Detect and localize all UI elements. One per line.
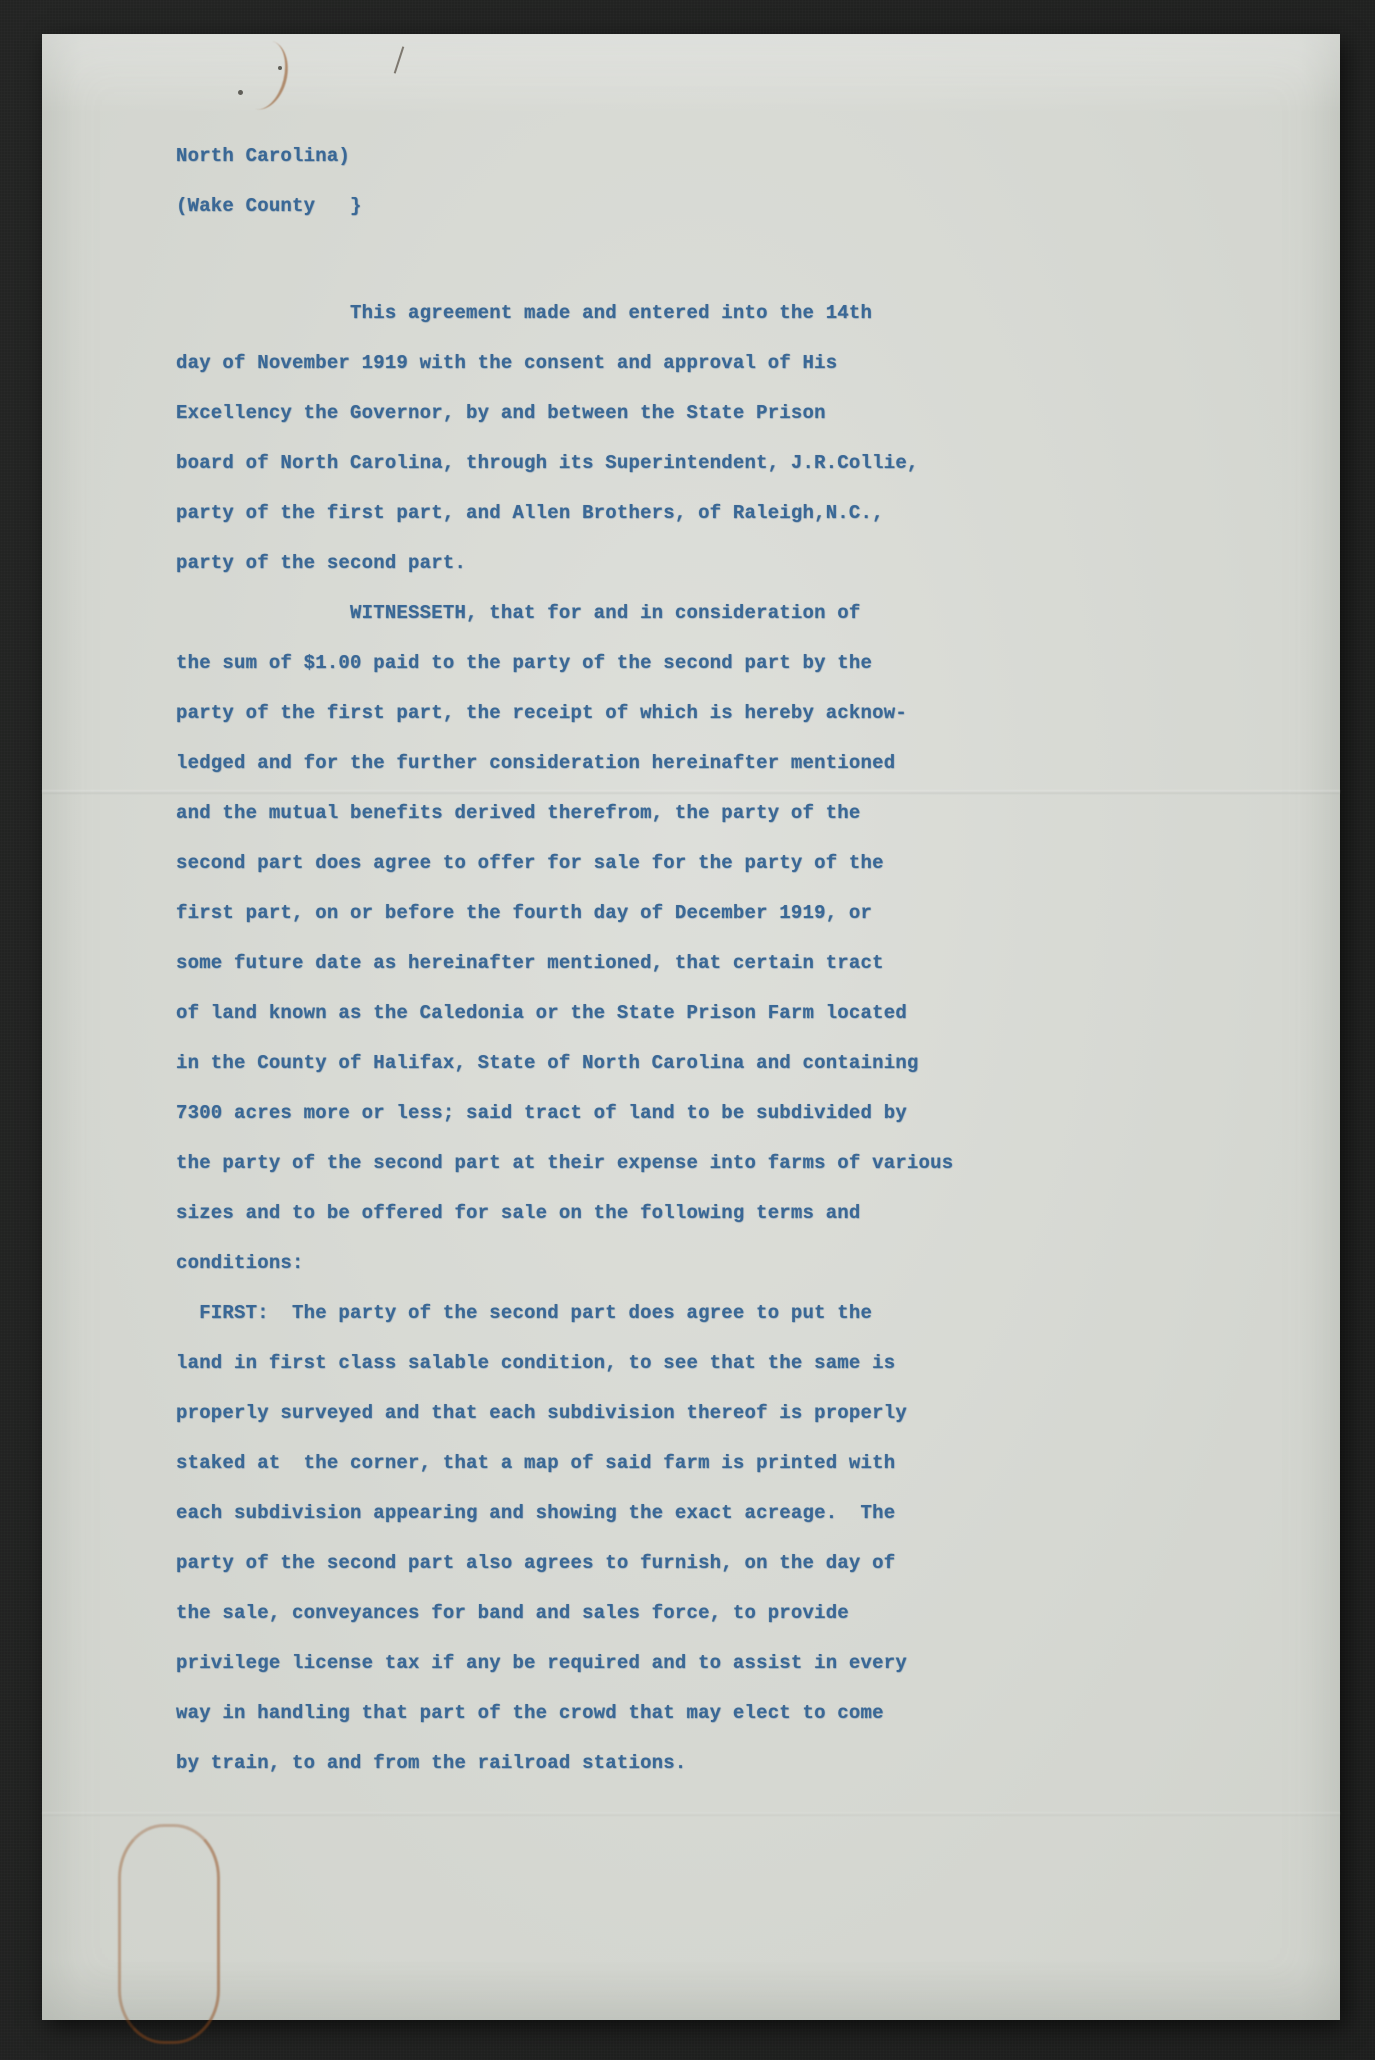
paperclip-rust-stain: [118, 1824, 220, 2044]
fold-crease: [42, 1812, 1340, 1816]
typed-line: sizes and to be offered for sale on the …: [176, 1188, 953, 1238]
typed-line: properly surveyed and that each subdivis…: [176, 1388, 953, 1438]
stray-pen-mark: [394, 46, 405, 73]
ink-speck: [238, 90, 243, 95]
typed-line: Excellency the Governor, by and between …: [176, 388, 953, 438]
typed-line: conditions:: [176, 1238, 953, 1288]
typed-line: ledged and for the further consideration…: [176, 738, 953, 788]
typed-line-state: North Carolina): [176, 131, 362, 181]
typed-line: of land known as the Caledonia or the St…: [176, 988, 953, 1038]
typed-line: party of the first part, and Allen Broth…: [176, 488, 953, 538]
typed-line: 7300 acres more or less; said tract of l…: [176, 1088, 953, 1138]
typed-line: privilege license tax if any be required…: [176, 1638, 953, 1688]
typed-line: FIRST: The party of the second part does…: [176, 1288, 953, 1338]
typed-line: party of the second part.: [176, 538, 953, 588]
typed-line-county: (Wake County }: [176, 181, 362, 231]
typed-line: party of the first part, the receipt of …: [176, 688, 953, 738]
agreement-body: This agreement made and entered into the…: [176, 288, 953, 1788]
ink-speck: [278, 66, 282, 70]
jurisdiction-caption: North Carolina) (Wake County }: [176, 131, 362, 231]
typed-line: some future date as hereinafter mentione…: [176, 938, 953, 988]
typed-line: board of North Carolina, through its Sup…: [176, 438, 953, 488]
typed-line: by train, to and from the railroad stati…: [176, 1738, 953, 1788]
typed-line: and the mutual benefits derived therefro…: [176, 788, 953, 838]
typed-line: land in first class salable condition, t…: [176, 1338, 953, 1388]
rust-stain-top: [232, 35, 295, 114]
typed-line: party of the second part also agrees to …: [176, 1538, 953, 1588]
typed-line: the party of the second part at their ex…: [176, 1138, 953, 1188]
typed-line: the sale, conveyances for band and sales…: [176, 1588, 953, 1638]
typed-line: first part, on or before the fourth day …: [176, 888, 953, 938]
typed-line: in the County of Halifax, State of North…: [176, 1038, 953, 1088]
typed-line: second part does agree to offer for sale…: [176, 838, 953, 888]
typed-line: WITNESSETH, that for and in consideratio…: [176, 588, 953, 638]
typed-line: each subdivision appearing and showing t…: [176, 1488, 953, 1538]
typed-line: day of November 1919 with the consent an…: [176, 338, 953, 388]
typed-line: the sum of $1.00 paid to the party of th…: [176, 638, 953, 688]
scan-background: North Carolina) (Wake County } This agre…: [0, 0, 1375, 2060]
typed-line: way in handling that part of the crowd t…: [176, 1688, 953, 1738]
typed-line: staked at the corner, that a map of said…: [176, 1438, 953, 1488]
typed-line: This agreement made and entered into the…: [176, 288, 953, 338]
document-page: North Carolina) (Wake County } This agre…: [42, 34, 1340, 2020]
